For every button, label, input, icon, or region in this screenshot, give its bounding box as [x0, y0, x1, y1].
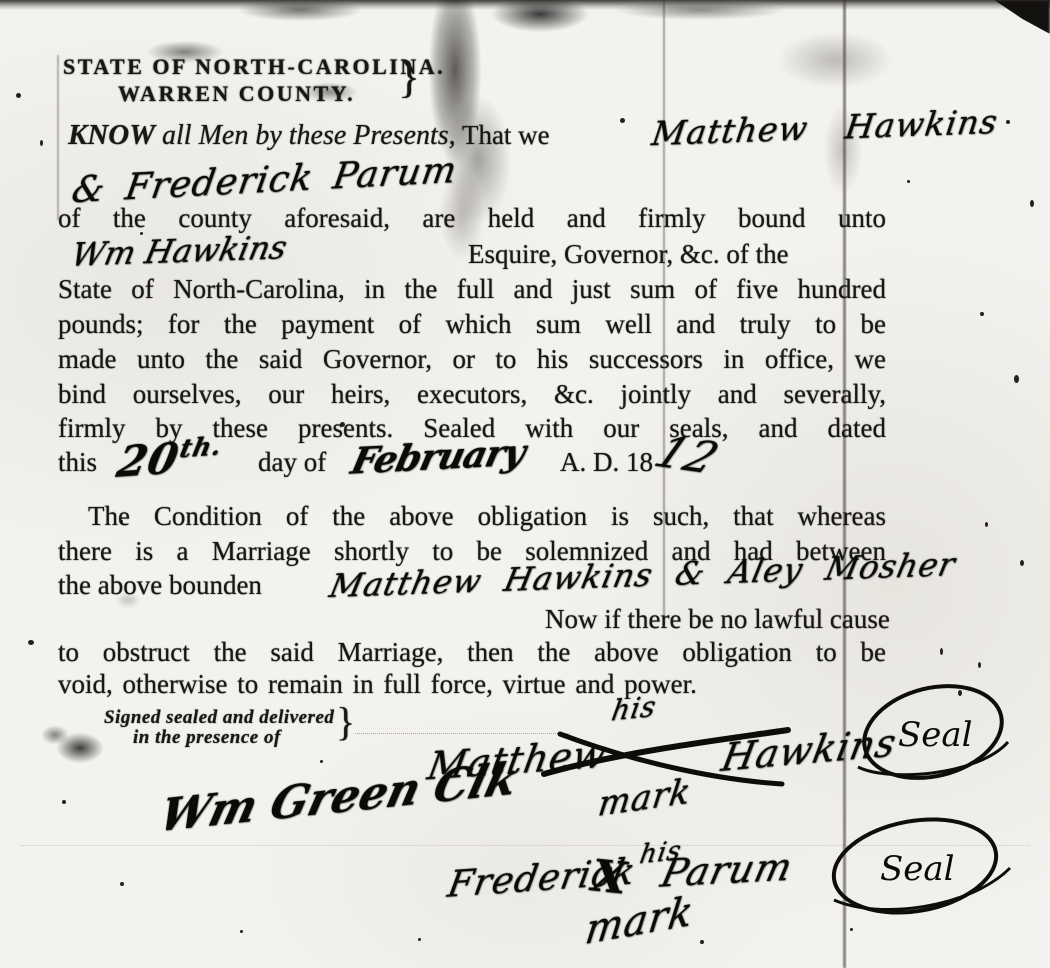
date-this: this — [58, 448, 97, 477]
body-line-made: made unto the said Governor, or to his s… — [58, 345, 886, 374]
ink-speck — [1020, 560, 1024, 566]
date-year-print: A. D. 18 — [560, 448, 653, 477]
condition-line4: Now if there be no lawful cause — [545, 605, 890, 634]
ink-speck — [700, 940, 704, 944]
date-month-handwritten: February — [347, 431, 529, 483]
ink-speck — [16, 93, 21, 98]
body-line-esquire: Esquire, Governor, &c. of the — [468, 240, 789, 269]
condition-above-bounden: the above bounden — [58, 571, 262, 600]
ink-speck — [40, 140, 43, 146]
ink-speck — [980, 312, 984, 316]
date-day-number: 20 — [113, 433, 184, 487]
ink-speck — [1030, 200, 1034, 207]
ink-speck — [907, 180, 910, 183]
date-day-of: day of — [258, 448, 326, 477]
ink-speck — [418, 938, 421, 941]
opening-presents: all Men by these Presents, — [155, 120, 456, 151]
ink-speck — [320, 760, 323, 763]
signer2-mark-cross: X — [589, 850, 628, 904]
date-day-handwritten: 20th. — [113, 430, 226, 487]
left-margin-stroke — [57, 55, 59, 220]
attestation-line2: in the presence of — [133, 728, 281, 749]
condition-line6: void, otherwise to remain in full force,… — [58, 670, 697, 699]
body-line-pounds: pounds; for the payment of which sum wel… — [58, 310, 886, 339]
condition-line1: The Condition of the above obligation is… — [88, 502, 886, 531]
signer2-last-name: Parum — [657, 844, 797, 895]
ink-speck — [240, 930, 243, 933]
document-header-county: WARREN COUNTY. — [118, 82, 355, 106]
body-line-bind: bind ourselves, our heirs, executors, &c… — [58, 380, 886, 409]
attestation-line1: Signed sealed and delivered — [104, 708, 334, 729]
ink-speck — [120, 882, 124, 886]
top-edge-ink-smear — [0, 0, 1050, 10]
header-brace: } — [398, 52, 420, 102]
witness-signature: Wm Green Clk — [154, 752, 523, 842]
scanned-marriage-bond-document: STATE OF NORTH-CAROLINA. WARREN COUNTY. … — [0, 0, 1050, 968]
governor-name-handwritten: Wm Hawkins — [68, 228, 290, 274]
attestation-brace: } — [336, 700, 355, 743]
opening-that-we: That we — [462, 120, 550, 150]
body-line-bound: of the county aforesaid, are held and fi… — [58, 204, 886, 233]
signer2-seal-flourish: Seal — [820, 808, 1020, 923]
document-header-state: STATE OF NORTH-CAROLINA. — [63, 55, 445, 79]
ink-speck — [1006, 120, 1010, 124]
ink-speck — [1014, 375, 1019, 383]
signer1-seal-flourish: Seal — [848, 672, 1018, 792]
body-line-state: State of North-Carolina, in the full and… — [58, 275, 886, 304]
principal-name-handwritten: Matthew Hawkins — [649, 102, 1000, 153]
opening-line: KNOW all Men by these Presents, That we — [68, 120, 550, 151]
ink-speck — [850, 928, 853, 931]
ink-speck — [985, 522, 988, 527]
signer1-seal-text: Seal — [898, 715, 973, 755]
ink-speck — [940, 648, 943, 655]
signer2-seal-text: Seal — [880, 849, 955, 889]
ink-speck — [62, 800, 66, 804]
ink-speck — [28, 640, 34, 645]
condition-line5: to obstruct the said Marriage, then the … — [58, 638, 886, 667]
ink-speck — [620, 118, 625, 123]
date-day-suffix: th. — [177, 430, 225, 463]
ink-speck — [978, 662, 981, 668]
opening-know: KNOW — [68, 119, 155, 151]
